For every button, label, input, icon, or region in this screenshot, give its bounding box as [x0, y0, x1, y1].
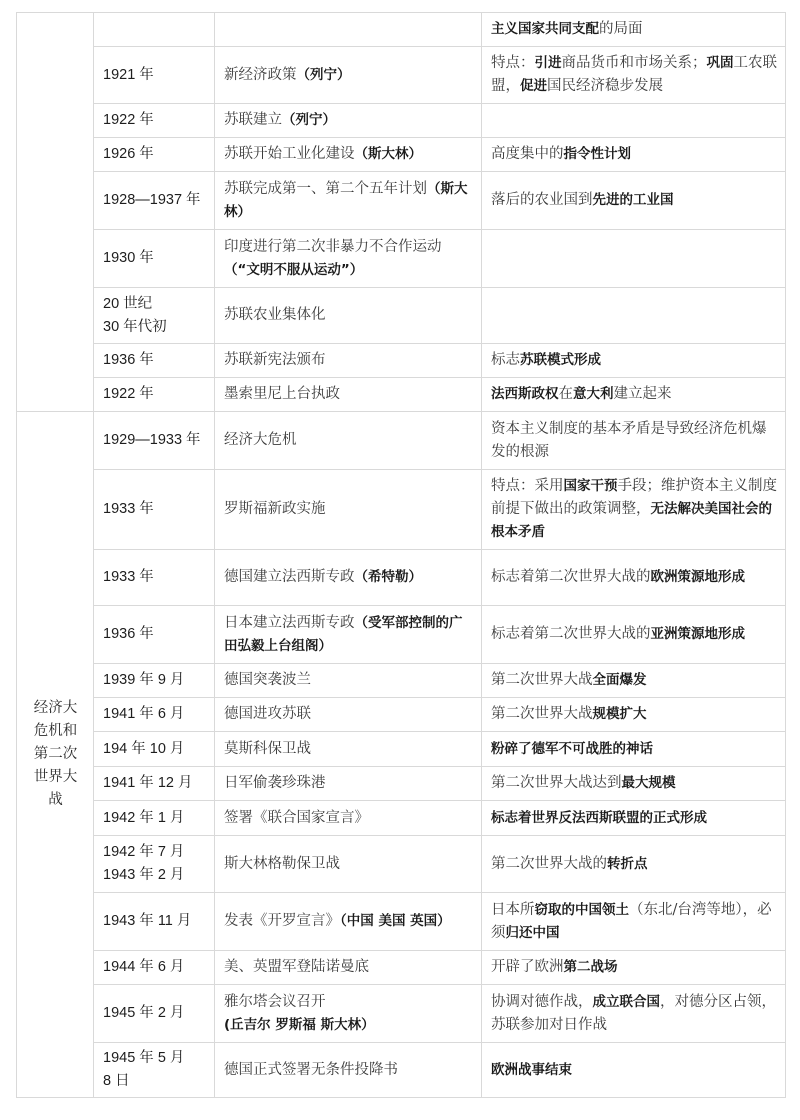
date-text: 1941 年 12 月	[103, 775, 192, 791]
plain-text: 的局面	[599, 21, 643, 37]
plain-text: 开辟了欧洲	[491, 959, 564, 975]
table-row: 1941 年 6 月德国进攻苏联第二次世界大战规模扩大	[17, 698, 786, 732]
plain-text: 高度集中的	[491, 146, 564, 162]
table-row: 1943 年 11 月发表《开罗宣言》（中国 美国 英国）日本所窃取的中国领土（…	[17, 893, 786, 951]
date-line: 1943 年 2 月	[103, 864, 206, 887]
plain-text: 标志着第二次世界大战的	[491, 569, 651, 585]
event-cell: 经济大危机	[215, 412, 482, 470]
date-cell: 1939 年 9 月	[94, 664, 215, 698]
event-cell: 印度进行第二次非暴力不合作运动（“文明不服从运动”）	[215, 230, 482, 288]
plain-text: 特点：	[491, 55, 535, 71]
significance-cell: 特点：采用国家干预手段；维护资本主义制度前提下做出的政策调整，无法解决美国社会的…	[482, 470, 786, 550]
plain-text: 苏联开始工业化建设	[224, 146, 355, 162]
event-cell: 莫斯科保卫战	[215, 732, 482, 767]
plain-text: 建立起来	[614, 386, 672, 402]
plain-text: 商品货币和市场关系；	[562, 55, 707, 71]
emphasis-text: （中国 美国 英国）	[340, 913, 451, 929]
event-cell: 美、英盟军登陆诺曼底	[215, 951, 482, 985]
event-cell: 雅尔塔会议召开(丘吉尔 罗斯福 斯大林）	[215, 985, 482, 1043]
event-cell: 苏联开始工业化建设（斯大林）	[215, 138, 482, 172]
table-row: 1945 年 2 月雅尔塔会议召开(丘吉尔 罗斯福 斯大林）协调对德作战，成立联…	[17, 985, 786, 1043]
emphasis-text: 意大利	[573, 386, 614, 402]
date-cell: 1936 年	[94, 344, 215, 378]
emphasis-text: 标志着世界反法西斯联盟的正式形成	[491, 810, 707, 826]
emphasis-text: 国家干预	[564, 478, 618, 494]
plain-text: 签署《联合国家宣言》	[224, 810, 369, 826]
date-text: 1928—1937 年	[103, 192, 201, 208]
plain-text: 日本所	[491, 902, 535, 918]
date-text: 1942 年 1 月	[103, 810, 184, 826]
event-cell: 苏联农业集体化	[215, 288, 482, 344]
table-row: 1941 年 12 月日军偷袭珍珠港第二次世界大战达到最大规模	[17, 767, 786, 801]
emphasis-text: 苏联模式形成	[520, 352, 601, 368]
emphasis-text: （“文明不服从运动”）	[224, 262, 363, 278]
significance-cell: 标志着第二次世界大战的亚洲策源地形成	[482, 606, 786, 664]
event-cell: 新经济政策（列宁）	[215, 47, 482, 104]
group-label-line: 战	[26, 789, 85, 812]
plain-text: 斯大林格勒保卫战	[224, 856, 340, 872]
emphasis-text: （列宁）	[282, 112, 336, 128]
significance-cell: 欧洲战事结束	[482, 1043, 786, 1098]
history-timeline-table: 主义国家共同支配的局面1921 年新经济政策（列宁）特点：引进商品货币和市场关系…	[16, 12, 786, 1098]
date-text: 194 年 10 月	[103, 741, 184, 757]
table-row: 1942 年 7 月1943 年 2 月斯大林格勒保卫战第二次世界大战的转折点	[17, 836, 786, 893]
date-text: 1933 年	[103, 501, 154, 517]
event-cell: 苏联建立（列宁）	[215, 104, 482, 138]
date-cell: 1921 年	[94, 47, 215, 104]
group-label-cell: 经济大危机和第二次世界大战	[17, 412, 94, 1098]
emphasis-text: 亚洲策源地形成	[651, 626, 746, 642]
event-cell: 苏联新宪法颁布	[215, 344, 482, 378]
emphasis-text: 指令性计划	[564, 146, 632, 162]
plain-text: 发表《开罗宣言》	[224, 913, 340, 929]
significance-cell: 第二次世界大战规模扩大	[482, 698, 786, 732]
emphasis-text: 法西斯政权	[491, 386, 559, 402]
group-label-cell	[17, 13, 94, 412]
table-row: 1922 年墨索里尼上台执政法西斯政权在意大利建立起来	[17, 378, 786, 412]
plain-text: 莫斯科保卫战	[224, 741, 311, 757]
emphasis-text: 主义国家共同支配	[491, 21, 599, 37]
date-cell: 20 世纪30 年代初	[94, 288, 215, 344]
date-cell: 1933 年	[94, 550, 215, 606]
date-text: 1929—1933 年	[103, 432, 201, 448]
table-row: 1945 年 5 月8 日德国正式签署无条件投降书欧洲战事结束	[17, 1043, 786, 1098]
date-cell: 1943 年 11 月	[94, 893, 215, 951]
date-cell: 1942 年 1 月	[94, 801, 215, 836]
date-cell: 1945 年 5 月8 日	[94, 1043, 215, 1098]
plain-text: 第二次世界大战达到	[491, 775, 622, 791]
plain-text: 日军偷袭珍珠港	[224, 775, 326, 791]
significance-cell	[482, 288, 786, 344]
date-cell: 1941 年 12 月	[94, 767, 215, 801]
date-text: 1922 年	[103, 386, 154, 402]
table-row: 1939 年 9 月德国突袭波兰第二次世界大战全面爆发	[17, 664, 786, 698]
significance-cell: 开辟了欧洲第二战场	[482, 951, 786, 985]
table-row: 1944 年 6 月美、英盟军登陆诺曼底开辟了欧洲第二战场	[17, 951, 786, 985]
date-text: 1933 年	[103, 569, 154, 585]
significance-cell: 日本所窃取的中国领土（东北/台湾等地），必须归还中国	[482, 893, 786, 951]
plain-text: 苏联农业集体化	[224, 307, 326, 323]
significance-cell: 落后的农业国到先进的工业国	[482, 172, 786, 230]
plain-text: 日本建立法西斯专政	[224, 615, 355, 631]
date-cell: 1942 年 7 月1943 年 2 月	[94, 836, 215, 893]
table-row: 1936 年苏联新宪法颁布标志苏联模式形成	[17, 344, 786, 378]
plain-text: 墨索里尼上台执政	[224, 386, 340, 402]
significance-cell: 标志着第二次世界大战的欧洲策源地形成	[482, 550, 786, 606]
event-cell	[215, 13, 482, 47]
plain-text: 落后的农业国到	[491, 192, 593, 208]
date-cell: 1928—1937 年	[94, 172, 215, 230]
date-cell: 1933 年	[94, 470, 215, 550]
emphasis-text: 促进	[520, 78, 547, 94]
emphasis-text: 先进的工业国	[593, 192, 674, 208]
event-cell: 日本建立法西斯专政（受军部控制的广田弘毅上台组阁）	[215, 606, 482, 664]
table-row: 1928—1937 年苏联完成第一、第二个五年计划（斯大林）落后的农业国到先进的…	[17, 172, 786, 230]
emphasis-text: 最大规模	[622, 775, 676, 791]
plain-text: 资本主义制度的基本矛盾是导致经济危机爆发的根源	[491, 421, 767, 460]
plain-text: 苏联完成第一、第二个五年计划	[224, 181, 427, 197]
date-text: 1945 年 2 月	[103, 1005, 184, 1021]
group-label-line: 世界大	[26, 766, 85, 789]
emphasis-text: （列宁）	[297, 67, 351, 83]
emphasis-text: 归还中国	[506, 925, 560, 941]
significance-cell: 主义国家共同支配的局面	[482, 13, 786, 47]
group-label-line: 危机和	[26, 720, 85, 743]
event-cell: 发表《开罗宣言》（中国 美国 英国）	[215, 893, 482, 951]
table-row: 1942 年 1 月签署《联合国家宣言》标志着世界反法西斯联盟的正式形成	[17, 801, 786, 836]
date-text: 1921 年	[103, 67, 154, 83]
table-row: 1926 年苏联开始工业化建设（斯大林）高度集中的指令性计划	[17, 138, 786, 172]
plain-text: 第二次世界大战	[491, 672, 593, 688]
date-line: 20 世纪	[103, 293, 206, 316]
significance-cell: 高度集中的指令性计划	[482, 138, 786, 172]
date-text: 1936 年	[103, 352, 154, 368]
date-cell: 1930 年	[94, 230, 215, 288]
event-cell: 罗斯福新政实施	[215, 470, 482, 550]
event-cell: 苏联完成第一、第二个五年计划（斯大林）	[215, 172, 482, 230]
plain-text: 第二次世界大战的	[491, 856, 607, 872]
emphasis-text: 成立联合国	[593, 994, 661, 1010]
emphasis-text: （希特勒）	[355, 569, 423, 585]
emphasis-text: 引进	[535, 55, 562, 71]
significance-cell: 标志苏联模式形成	[482, 344, 786, 378]
significance-cell: 第二次世界大战的转折点	[482, 836, 786, 893]
plain-text: 雅尔塔会议召开	[224, 994, 326, 1010]
date-line: 1942 年 7 月	[103, 841, 206, 864]
plain-text: 经济大危机	[224, 432, 297, 448]
emphasis-text: 窃取的中国领土	[535, 902, 630, 918]
significance-cell: 粉碎了德军不可战胜的神话	[482, 732, 786, 767]
event-cell: 签署《联合国家宣言》	[215, 801, 482, 836]
emphasis-text: 转折点	[607, 856, 648, 872]
significance-cell	[482, 104, 786, 138]
emphasis-text: 欧洲策源地形成	[651, 569, 746, 585]
emphasis-text: 粉碎了德军不可战胜的神话	[491, 741, 653, 757]
event-cell: 墨索里尼上台执政	[215, 378, 482, 412]
emphasis-text: 欧洲战事结束	[491, 1062, 572, 1078]
date-cell: 1936 年	[94, 606, 215, 664]
plain-text: 罗斯福新政实施	[224, 501, 326, 517]
date-cell: 1929—1933 年	[94, 412, 215, 470]
plain-text: 标志着第二次世界大战的	[491, 626, 651, 642]
group-label-line: 经济大	[26, 697, 85, 720]
plain-text: 苏联新宪法颁布	[224, 352, 326, 368]
plain-text: 第二次世界大战	[491, 706, 593, 722]
table-body: 主义国家共同支配的局面1921 年新经济政策（列宁）特点：引进商品货币和市场关系…	[17, 13, 786, 1098]
plain-text: 德国建立法西斯专政	[224, 569, 355, 585]
plain-text: 新经济政策	[224, 67, 297, 83]
table-row: 1930 年印度进行第二次非暴力不合作运动（“文明不服从运动”）	[17, 230, 786, 288]
date-line: 8 日	[103, 1070, 206, 1093]
date-cell: 1922 年	[94, 378, 215, 412]
significance-cell: 特点：引进商品货币和市场关系；巩固工农联盟，促进国民经济稳步发展	[482, 47, 786, 104]
plain-text: 国民经济稳步发展	[547, 78, 663, 94]
event-cell: 斯大林格勒保卫战	[215, 836, 482, 893]
table-row: 主义国家共同支配的局面	[17, 13, 786, 47]
plain-text: 美、英盟军登陆诺曼底	[224, 959, 369, 975]
significance-cell: 协调对德作战，成立联合国，对德分区占领，苏联参加对日作战	[482, 985, 786, 1043]
plain-text: 苏联建立	[224, 112, 282, 128]
date-cell: 1941 年 6 月	[94, 698, 215, 732]
date-text: 1922 年	[103, 112, 154, 128]
event-cell: 德国进攻苏联	[215, 698, 482, 732]
date-text: 1941 年 6 月	[103, 706, 184, 722]
date-text: 1930 年	[103, 250, 154, 266]
significance-cell: 资本主义制度的基本矛盾是导致经济危机爆发的根源	[482, 412, 786, 470]
event-cell: 德国建立法西斯专政（希特勒）	[215, 550, 482, 606]
table-row: 20 世纪30 年代初苏联农业集体化	[17, 288, 786, 344]
plain-text: 协调对德作战，	[491, 994, 593, 1010]
date-text: 1944 年 6 月	[103, 959, 184, 975]
table-row: 1921 年新经济政策（列宁）特点：引进商品货币和市场关系；巩固工农联盟，促进国…	[17, 47, 786, 104]
plain-text: 标志	[491, 352, 520, 368]
event-cell: 日军偷袭珍珠港	[215, 767, 482, 801]
table-row: 1933 年德国建立法西斯专政（希特勒）标志着第二次世界大战的欧洲策源地形成	[17, 550, 786, 606]
date-text: 1939 年 9 月	[103, 672, 184, 688]
group-label-line: 第二次	[26, 743, 85, 766]
date-text: 1943 年 11 月	[103, 913, 191, 929]
emphasis-text: 巩固	[707, 55, 734, 71]
date-line: 30 年代初	[103, 316, 206, 339]
emphasis-text: 全面爆发	[593, 672, 647, 688]
date-line: 1945 年 5 月	[103, 1047, 206, 1070]
significance-cell: 法西斯政权在意大利建立起来	[482, 378, 786, 412]
emphasis-text: （斯大林）	[355, 146, 423, 162]
plain-text: 在	[559, 386, 574, 402]
plain-text: 德国正式签署无条件投降书	[224, 1062, 398, 1078]
date-cell: 1922 年	[94, 104, 215, 138]
significance-cell: 标志着世界反法西斯联盟的正式形成	[482, 801, 786, 836]
significance-cell: 第二次世界大战达到最大规模	[482, 767, 786, 801]
emphasis-text: 第二战场	[564, 959, 618, 975]
event-cell: 德国突袭波兰	[215, 664, 482, 698]
table-row: 1922 年苏联建立（列宁）	[17, 104, 786, 138]
significance-cell	[482, 230, 786, 288]
plain-text: 德国进攻苏联	[224, 706, 311, 722]
date-cell: 1926 年	[94, 138, 215, 172]
date-text: 1936 年	[103, 626, 154, 642]
event-cell: 德国正式签署无条件投降书	[215, 1043, 482, 1098]
emphasis-text: 规模扩大	[593, 706, 647, 722]
plain-text: 印度进行第二次非暴力不合作运动	[224, 239, 442, 255]
date-cell: 1944 年 6 月	[94, 951, 215, 985]
table-row: 1936 年日本建立法西斯专政（受军部控制的广田弘毅上台组阁）标志着第二次世界大…	[17, 606, 786, 664]
date-cell: 194 年 10 月	[94, 732, 215, 767]
table-row: 1933 年罗斯福新政实施特点：采用国家干预手段；维护资本主义制度前提下做出的政…	[17, 470, 786, 550]
date-text: 1926 年	[103, 146, 154, 162]
table-row: 194 年 10 月莫斯科保卫战粉碎了德军不可战胜的神话	[17, 732, 786, 767]
plain-text: 特点：采用	[491, 478, 564, 494]
date-cell	[94, 13, 215, 47]
date-cell: 1945 年 2 月	[94, 985, 215, 1043]
significance-cell: 第二次世界大战全面爆发	[482, 664, 786, 698]
emphasis-text: (丘吉尔 罗斯福 斯大林）	[224, 1017, 375, 1033]
plain-text: 德国突袭波兰	[224, 672, 311, 688]
table-row: 经济大危机和第二次世界大战1929—1933 年经济大危机资本主义制度的基本矛盾…	[17, 412, 786, 470]
